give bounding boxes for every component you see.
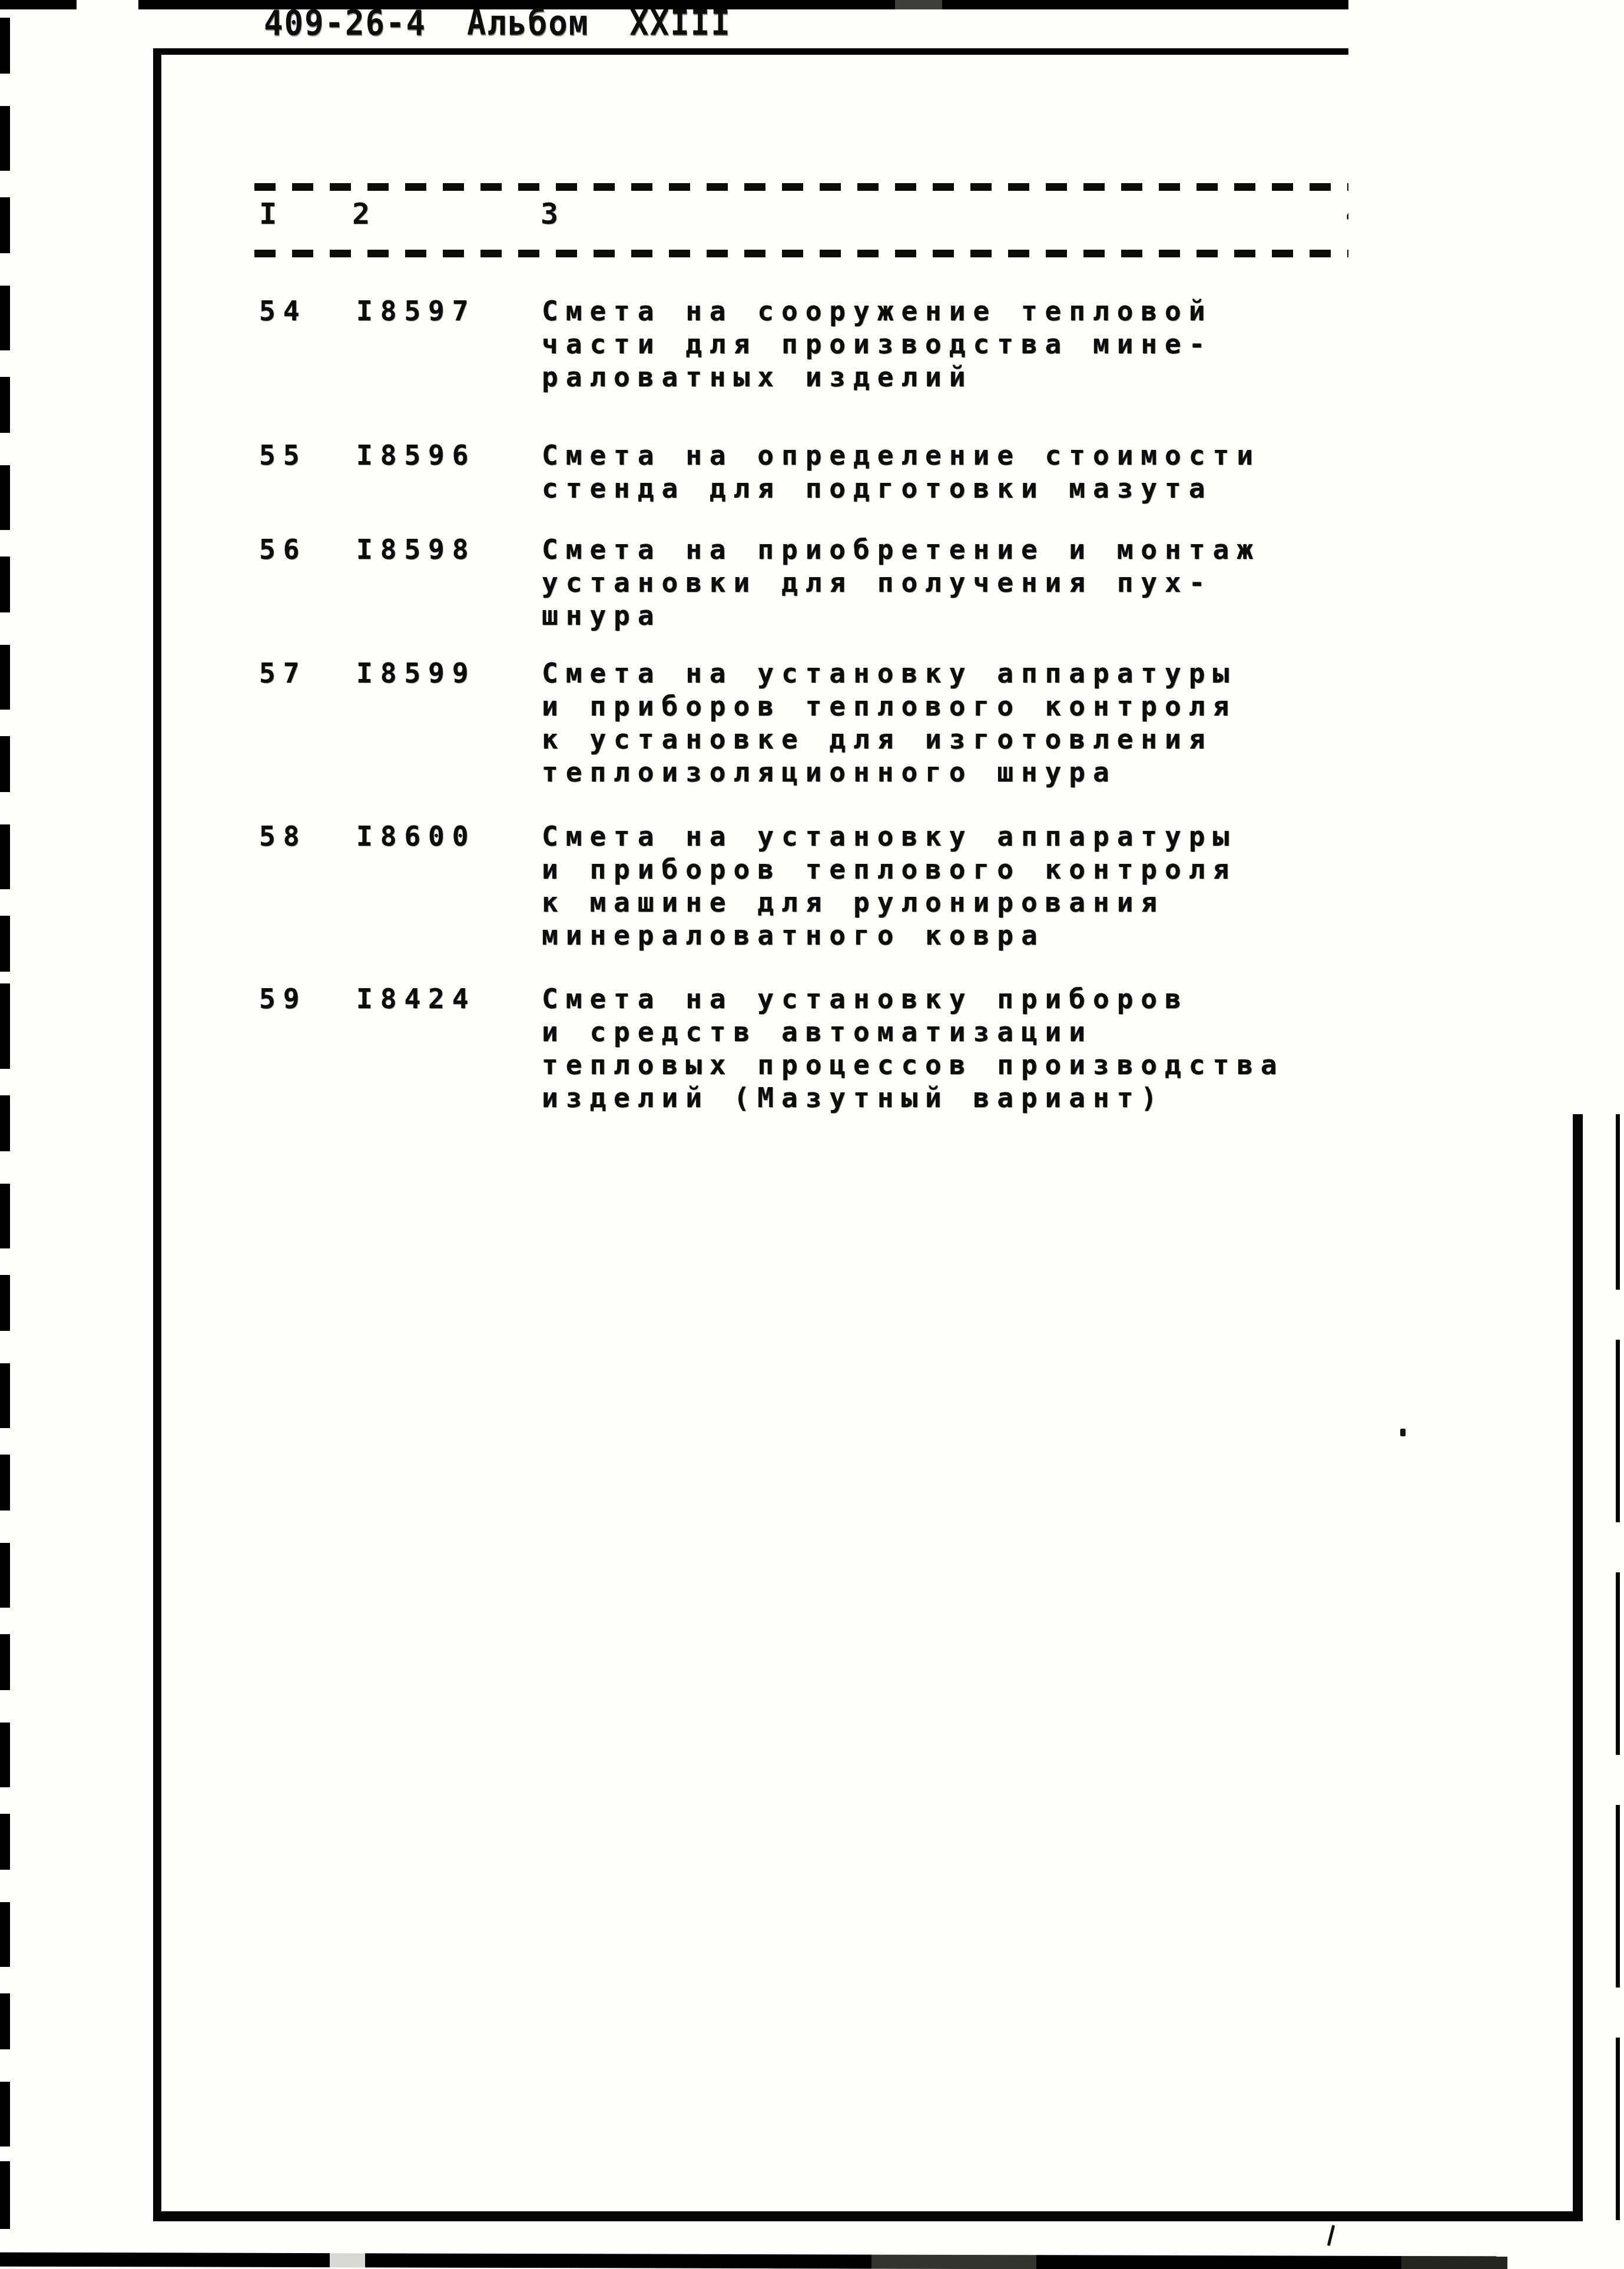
estimate-description: Смета на установку приборови средств авт… xyxy=(542,982,1285,1114)
estimate-code: I8596 xyxy=(356,439,476,472)
estimate-description: Смета на сооружение тепловойчасти для пр… xyxy=(542,294,1212,393)
estimate-code: I8424 xyxy=(356,982,476,1015)
page-reference: 732-752. xyxy=(1348,0,1624,1114)
description-line: Смета на установку аппаратуры xyxy=(542,657,1237,690)
description-line: Смета на установку приборов xyxy=(542,982,1285,1015)
description-line: и приборов теплового контроля xyxy=(542,853,1237,886)
page-title: 409-26-4 Альбом XXIII xyxy=(264,3,731,43)
description-line: шнура xyxy=(542,599,1261,632)
description-line: Смета на определение стоимости xyxy=(542,439,1261,472)
table-rule-bottom xyxy=(254,250,1539,257)
estimate-description: Смета на установку аппаратурыи приборов … xyxy=(542,820,1237,952)
description-line: стенда для подготовки мазута xyxy=(542,472,1261,505)
table-row: 59I8424Смета на установку приборови сред… xyxy=(256,982,1557,1114)
description-line: Смета на приобретение и монтаж xyxy=(542,533,1261,566)
description-line: изделий (Мазутный вариант) xyxy=(542,1081,1285,1114)
scan-edge-left xyxy=(0,18,10,2261)
estimate-code: I8599 xyxy=(356,657,476,690)
description-line: и приборов теплового контроля xyxy=(542,690,1237,723)
ink-speck xyxy=(1400,1429,1406,1436)
estimate-code: I8598 xyxy=(356,533,476,566)
estimate-description: Смета на установку аппаратурыи приборов … xyxy=(542,657,1237,789)
description-line: раловатных изделий xyxy=(542,360,1212,393)
description-line: тепловых процессов производства xyxy=(542,1048,1285,1081)
description-line: части для производства мине- xyxy=(542,327,1212,360)
row-number: 57 xyxy=(259,657,307,690)
scan-edge-bottom xyxy=(0,2253,1507,2269)
column-header-1: I xyxy=(259,197,277,231)
row-number: 59 xyxy=(259,982,307,1015)
description-line: минераловатного ковра xyxy=(542,919,1237,952)
description-line: к установке для изготовления xyxy=(542,723,1237,756)
row-number: 56 xyxy=(259,533,307,566)
table-rule-top xyxy=(254,183,1539,191)
column-header-3: 3 xyxy=(541,197,558,231)
row-number: 55 xyxy=(259,439,307,472)
description-line: теплоизоляционного шнура xyxy=(542,756,1237,789)
row-number: 54 xyxy=(259,294,307,327)
estimate-code: I8597 xyxy=(356,294,476,327)
ink-tick-mark xyxy=(1327,2225,1335,2246)
description-line: к машине для рулонирования xyxy=(542,886,1237,919)
row-number: 58 xyxy=(259,820,307,853)
estimate-description: Смета на определение стоимостистенда для… xyxy=(542,439,1261,505)
description-line: и средств автоматизации xyxy=(542,1015,1285,1048)
description-line: установки для получения пух- xyxy=(542,566,1261,599)
description-line: Смета на установку аппаратуры xyxy=(542,820,1237,853)
column-header-2: 2 xyxy=(352,197,370,231)
description-line: Смета на сооружение тепловой xyxy=(542,294,1212,327)
scanned-document-page: 409-26-4 Альбом XXIII I234 54I8597Смета … xyxy=(0,0,1624,2269)
estimate-code: I8600 xyxy=(356,820,476,853)
estimate-description: Смета на приобретение и монтажустановки … xyxy=(542,533,1261,632)
